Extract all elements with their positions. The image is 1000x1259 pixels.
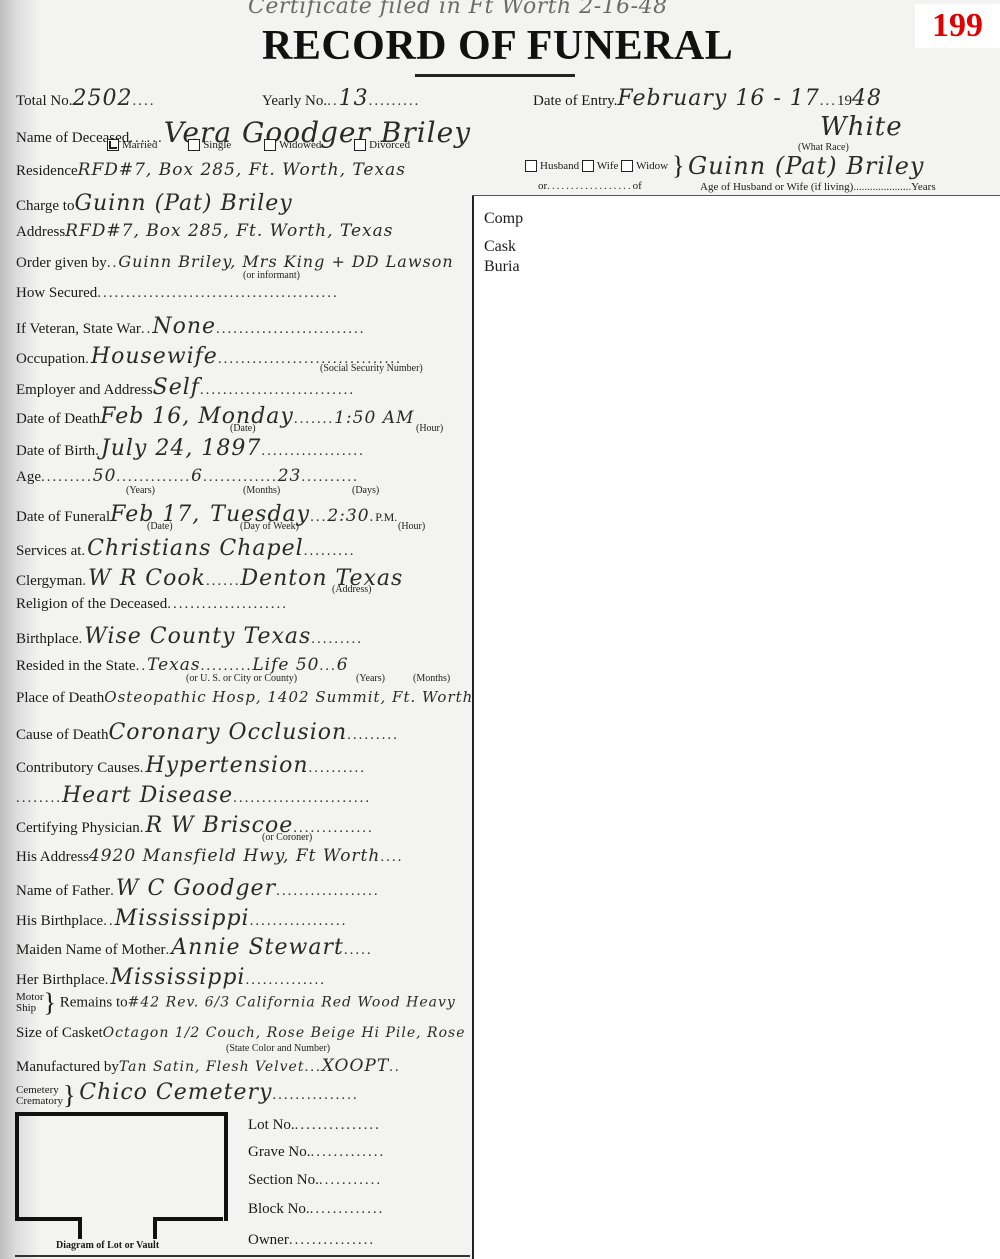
birthplace-field: Birthplace.Wise County Texas.........	[16, 624, 363, 649]
date-of-death-value: Feb 16, Monday	[100, 404, 294, 429]
husband-checkbox[interactable]	[525, 160, 537, 172]
resided-field: Resided in the State..Texas.........Life…	[16, 655, 349, 675]
widowed-checkbox[interactable]	[264, 139, 276, 151]
funeral-meridiem: P.M.	[375, 510, 397, 524]
yearly-no-label: Yearly No.	[262, 93, 327, 109]
funeral-time-value: 2:30	[327, 506, 369, 526]
total-no-field: Total No.2502....	[16, 86, 155, 111]
resided-years-value: Life 50	[252, 655, 319, 675]
block-no-field: Block No..............	[248, 1201, 384, 1218]
owner-field: Owner...............	[248, 1232, 375, 1249]
clergyman-address-value: Denton Texas	[240, 566, 403, 591]
residence-label: Residence	[16, 163, 78, 179]
remains-to-field: MotorShip} Remains to#42 Rev. 6/3 Califo…	[16, 992, 456, 1014]
manufactured-by-field: Manufactured byTan Satin, Flesh Velvet..…	[16, 1056, 401, 1076]
how-secured-field: How Secured.............................…	[16, 285, 339, 302]
resided-months-caption: (Months)	[413, 673, 450, 684]
father-birthplace-field: His Birthplace..Mississippi.............…	[16, 906, 347, 931]
contributory-cause-2: Heart Disease	[62, 783, 233, 808]
funeral-date-caption: (Date)	[147, 521, 173, 532]
mother-birthplace-value: Mississippi	[110, 965, 245, 990]
resided-place-value: Texas	[147, 655, 201, 675]
panel-item-casket: Cask	[484, 238, 524, 256]
father-birthplace-value: Mississippi	[115, 906, 250, 931]
religion-field: Religion of the Deceased................…	[16, 596, 288, 613]
diagram-edge	[15, 1217, 82, 1221]
address-value: RFD#7, Box 285, Ft. Worth, Texas	[65, 221, 393, 241]
spouse-name-field: Guinn (Pat) Briley	[688, 152, 924, 180]
resided-place-caption: (or U. S. or City or County)	[186, 673, 297, 684]
contributory-cause-1: Hypertension	[146, 753, 309, 778]
wife-checkbox[interactable]	[582, 160, 594, 172]
spouse-brace: }	[672, 156, 684, 176]
place-of-death-value: Osteopathic Hosp, 1402 Summit, Ft. Worth	[104, 688, 473, 706]
resided-months-value: 6	[337, 655, 349, 675]
yearly-no-field: Yearly No...13.........	[262, 86, 420, 111]
father-name-field: Name of Father.W C Goodger..............…	[16, 876, 380, 901]
date-of-entry-label: Date of Entry.	[533, 93, 617, 109]
veteran-value: None	[152, 314, 216, 339]
diagram-edge	[78, 1217, 82, 1239]
age-field: Age.........50.............6............…	[16, 466, 359, 486]
clergyman-value: W R Cook	[88, 566, 206, 591]
panel-item-comp: Comp	[484, 210, 524, 228]
diagram-edge	[153, 1217, 223, 1221]
cemetery-field: CemeteryCrematory} Chico Cemetery.......…	[16, 1080, 359, 1107]
months-caption: (Months)	[243, 485, 280, 496]
residence-value: RFD#7, Box 285, Ft. Worth, Texas	[78, 160, 406, 180]
race-field: White	[820, 112, 903, 142]
age-months-value: 6	[191, 466, 203, 486]
date-of-funeral-field: Date of FuneralFeb 17,Tuesday...2:30.P.M…	[16, 502, 397, 527]
year-prefix: 19	[837, 93, 852, 109]
spouse-name: Guinn (Pat) Briley	[688, 152, 924, 180]
spouse-age-field: Age of Husband or Wife (if living)......…	[700, 181, 936, 193]
date-of-entry-value: February 16 - 17	[617, 86, 819, 111]
right-panel: Comp Cask Buria	[472, 196, 1000, 1259]
clergyman-address-caption: (Address)	[332, 584, 371, 595]
order-given-by-value: Guinn Briley, Mrs King + DD Lawson	[118, 252, 453, 271]
total-no-value: 2502	[72, 86, 132, 111]
informant-caption: (or informant)	[243, 270, 300, 281]
ssn-caption: (Social Security Number)	[320, 363, 423, 374]
funeral-hour-caption: (Hour)	[398, 521, 425, 532]
filing-annotation: Certificate filed in Ft Worth 2-16-48	[248, 0, 668, 19]
date-of-entry-field: Date of Entry.February 16 - 17...1948	[533, 86, 882, 111]
date-of-death-field: Date of DeathFeb 16, Monday.......1:50 A…	[16, 404, 414, 429]
remains-to-value: #42 Rev. 6/3 California Red Wood Heavy	[128, 994, 456, 1010]
charge-to-value: Guinn (Pat) Briley	[74, 191, 292, 216]
employer-field: Employer and AddressSelf................…	[16, 375, 355, 400]
single-checkbox[interactable]	[188, 139, 200, 151]
residence-field: ResidenceRFD#7, Box 285, Ft. Worth, Texa…	[16, 160, 406, 180]
grave-no-field: Grave No..............	[248, 1144, 385, 1161]
casket-color-caption: (State Color and Number)	[226, 1043, 330, 1054]
diagram-edge	[153, 1217, 157, 1239]
physician-address-value: 4920 Mansfield Hwy, Ft Worth	[89, 846, 380, 866]
page-title: RECORD OF FUNERAL	[262, 22, 733, 70]
cemetery-crematory-labels: CemeteryCrematory	[16, 1085, 63, 1107]
total-no-label: Total No.	[16, 93, 72, 109]
bottom-divider	[15, 1255, 470, 1257]
year-suffix: 48	[852, 86, 882, 111]
age-days-value: 23	[278, 466, 302, 486]
diagram-caption: Diagram of Lot or Vault	[56, 1240, 159, 1251]
manufactured-value: Tan Satin, Flesh Velvet	[119, 1059, 305, 1075]
mother-name-field: Maiden Name of Mother.Annie Stewart.....	[16, 935, 373, 960]
order-given-by-field: Order given by..Guinn Briley, Mrs King +…	[16, 252, 454, 272]
marital-divorced[interactable]: Divorced	[354, 139, 410, 151]
cemetery-value: Chico Cemetery	[79, 1080, 272, 1105]
years-caption: (Years)	[126, 485, 155, 496]
lot-no-field: Lot No................	[248, 1117, 381, 1134]
death-date-caption: (Date)	[230, 423, 256, 434]
married-checkbox[interactable]	[107, 139, 119, 151]
casket-size-value: Octagon 1/2 Couch, Rose Beige Hi Pile, R…	[103, 1025, 466, 1041]
manufactured-code: XOOPT	[322, 1056, 389, 1076]
resided-years-caption: (Years)	[356, 673, 385, 684]
veteran-field: If Veteran, State War..None.............…	[16, 314, 366, 339]
date-of-birth-value: July 24, 1897	[101, 436, 261, 461]
motor-ship-labels: MotorShip	[16, 992, 44, 1014]
employer-value: Self	[153, 375, 200, 400]
days-caption: (Days)	[352, 485, 379, 496]
spouse-or-of: or..................of	[538, 180, 642, 192]
funeral-day-caption: (Day of Week)	[240, 521, 299, 532]
marital-married[interactable]: Married	[107, 139, 157, 151]
divorced-checkbox[interactable]	[354, 139, 366, 151]
marital-status-group: Married Single Widowed Divorced	[107, 139, 410, 151]
occupation-value: Housewife	[91, 344, 218, 369]
time-of-death-value: 1:50 AM	[334, 408, 414, 428]
coroner-caption: (or Coroner)	[262, 832, 312, 843]
title-underline	[415, 74, 575, 77]
yearly-no-value: 13	[339, 86, 369, 111]
lot-diagram-box	[15, 1112, 228, 1221]
services-at-field: Services at.Christians Chapel.........	[16, 536, 355, 561]
place-of-death-field: Place of DeathOsteopathic Hosp, 1402 Sum…	[16, 688, 473, 707]
cause-of-death-value: Coronary Occlusion	[108, 720, 347, 745]
services-value: Christians Chapel	[87, 536, 304, 561]
address-field: AddressRFD#7, Box 285, Ft. Worth, Texas	[16, 221, 393, 241]
race-value: White	[820, 112, 903, 142]
date-of-birth-field: Date of Birth.July 24, 1897.............…	[16, 436, 365, 461]
section-no-field: Section No............	[248, 1172, 382, 1189]
contributory-causes-field: Contributory Causes.Hypertension........…	[16, 753, 366, 778]
mother-birthplace-field: Her Birthplace.Mississippi..............	[16, 965, 326, 990]
marital-single[interactable]: Single	[188, 139, 231, 151]
physician-address-field: His Address4920 Mansfield Hwy, Ft Worth.…	[16, 846, 403, 866]
father-name-value: W C Goodger	[116, 876, 276, 901]
panel-item-burial: Buria	[484, 258, 524, 276]
cause-of-death-field: Cause of DeathCoronary Occlusion........…	[16, 720, 399, 745]
birthplace-value: Wise County Texas	[84, 624, 311, 649]
mother-name-value: Annie Stewart	[171, 935, 344, 960]
death-hour-caption: (Hour)	[416, 423, 443, 434]
casket-size-field: Size of CasketOctagon 1/2 Couch, Rose Be…	[16, 1025, 465, 1042]
page-number: 199	[915, 4, 1000, 48]
widow-checkbox[interactable]	[621, 160, 633, 172]
charge-to-field: Charge toGuinn (Pat) Briley	[16, 191, 293, 216]
contributory-causes-line2: ........Heart Disease...................…	[16, 783, 371, 808]
spouse-relation-group: Husband Wife Widow	[525, 160, 668, 172]
age-years-value: 50	[93, 466, 117, 486]
marital-widowed[interactable]: Widowed	[264, 139, 321, 151]
certifying-physician-field: Certifying Physician.R W Briscoe........…	[16, 813, 374, 838]
